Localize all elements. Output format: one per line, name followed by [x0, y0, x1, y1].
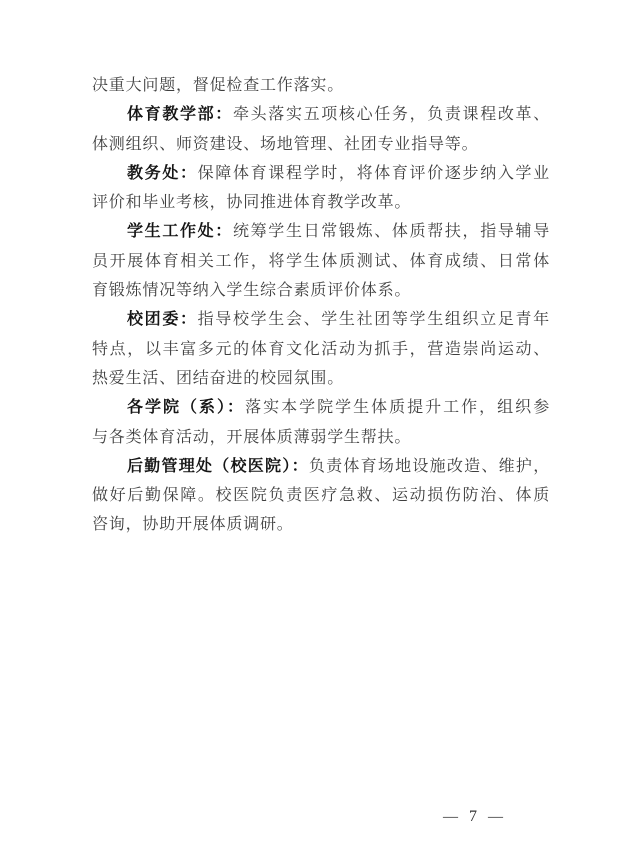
department-label: 学生工作处：	[127, 223, 233, 240]
paragraph: 决重大问题，督促检查工作落实。	[92, 71, 550, 100]
page-number-value: 7	[469, 808, 477, 826]
document-line: 员开展体育相关工作，将学生体质测试、体育成绩、日常体	[92, 247, 550, 276]
document-line: 各学院（系）：落实本学院学生体质提升工作，组织参	[92, 393, 550, 422]
department-label: 各学院（系）：	[127, 399, 245, 416]
document-line: 校团委：指导校学生会、学生社团等学生组织立足青年	[92, 305, 550, 334]
line-text: 评价和毕业考核，协同推进体育教学改革。	[92, 194, 411, 211]
line-text: 做好后勤保障。校医院负责医疗急救、运动损伤防治、体质	[92, 487, 550, 504]
paragraph: 体育教学部：牵头落实五项核心任务，负责课程改革、体测组织、师资建设、场地管理、社…	[92, 100, 550, 159]
line-text: 落实本学院学生体质提升工作，组织参	[245, 399, 550, 416]
line-text: 指导校学生会、学生社团等学生组织立足青年	[198, 311, 550, 328]
line-text: 负责体育场地设施改造、维护，	[309, 458, 550, 475]
paragraph: 校团委：指导校学生会、学生社团等学生组织立足青年特点，以丰富多元的体育文化活动为…	[92, 305, 550, 393]
document-line: 评价和毕业考核，协同推进体育教学改革。	[92, 188, 550, 217]
line-text: 育锻炼情况等纳入学生综合素质评价体系。	[92, 282, 411, 299]
line-text: 特点，以丰富多元的体育文化活动为抓手，营造崇尚运动、	[92, 341, 550, 358]
paragraph: 各学院（系）：落实本学院学生体质提升工作，组织参与各类体育活动，开展体质薄弱学生…	[92, 393, 550, 452]
document-line: 热爱生活、团结奋进的校园氛围。	[92, 364, 550, 393]
document-line: 咨询，协助开展体质调研。	[92, 510, 550, 539]
document-line: 学生工作处：统筹学生日常锻炼、体质帮扶，指导辅导	[92, 217, 550, 246]
document-line: 后勤管理处（校医院）：负责体育场地设施改造、维护，	[92, 452, 550, 481]
page-number-dash-right: —	[488, 809, 503, 826]
paragraph: 后勤管理处（校医院）：负责体育场地设施改造、维护，做好后勤保障。校医院负责医疗急…	[92, 452, 550, 540]
document-line: 体测组织、师资建设、场地管理、社团专业指导等。	[92, 130, 550, 159]
line-text: 保障体育课程学时，将体育评价逐步纳入学业	[198, 165, 550, 182]
paragraph: 学生工作处：统筹学生日常锻炼、体质帮扶，指导辅导员开展体育相关工作，将学生体质测…	[92, 217, 550, 305]
department-label: 校团委：	[127, 311, 198, 328]
line-text: 与各类体育活动，开展体质薄弱学生帮扶。	[92, 429, 411, 446]
document-page: 决重大问题，督促检查工作落实。体育教学部：牵头落实五项核心任务，负责课程改革、体…	[0, 0, 618, 849]
paragraph: 教务处：保障体育课程学时，将体育评价逐步纳入学业评价和毕业考核，协同推进体育教学…	[92, 159, 550, 218]
line-text: 咨询，协助开展体质调研。	[92, 516, 294, 533]
line-text: 热爱生活、团结奋进的校园氛围。	[92, 370, 344, 387]
department-label: 教务处：	[127, 165, 198, 182]
page-number: — 7 —	[443, 807, 503, 827]
document-line: 做好后勤保障。校医院负责医疗急救、运动损伤防治、体质	[92, 481, 550, 510]
text-block: 决重大问题，督促检查工作落实。体育教学部：牵头落实五项核心任务，负责课程改革、体…	[92, 71, 550, 540]
line-text: 统筹学生日常锻炼、体质帮扶，指导辅导	[233, 223, 550, 240]
line-text: 牵头落实五项核心任务，负责课程改革、	[233, 106, 550, 123]
line-text: 员开展体育相关工作，将学生体质测试、体育成绩、日常体	[92, 253, 550, 270]
document-line: 与各类体育活动，开展体质薄弱学生帮扶。	[92, 423, 550, 452]
department-label: 体育教学部：	[127, 106, 233, 123]
document-line: 育锻炼情况等纳入学生综合素质评价体系。	[92, 276, 550, 305]
document-line: 决重大问题，督促检查工作落实。	[92, 71, 550, 100]
document-line: 体育教学部：牵头落实五项核心任务，负责课程改革、	[92, 100, 550, 129]
department-label: 后勤管理处（校医院）：	[127, 458, 309, 475]
document-line: 教务处：保障体育课程学时，将体育评价逐步纳入学业	[92, 159, 550, 188]
document-line: 特点，以丰富多元的体育文化活动为抓手，营造崇尚运动、	[92, 335, 550, 364]
page-number-dash-left: —	[443, 809, 458, 826]
line-text: 体测组织、师资建设、场地管理、社团专业指导等。	[92, 136, 478, 153]
line-text: 决重大问题，督促检查工作落实。	[92, 77, 344, 94]
